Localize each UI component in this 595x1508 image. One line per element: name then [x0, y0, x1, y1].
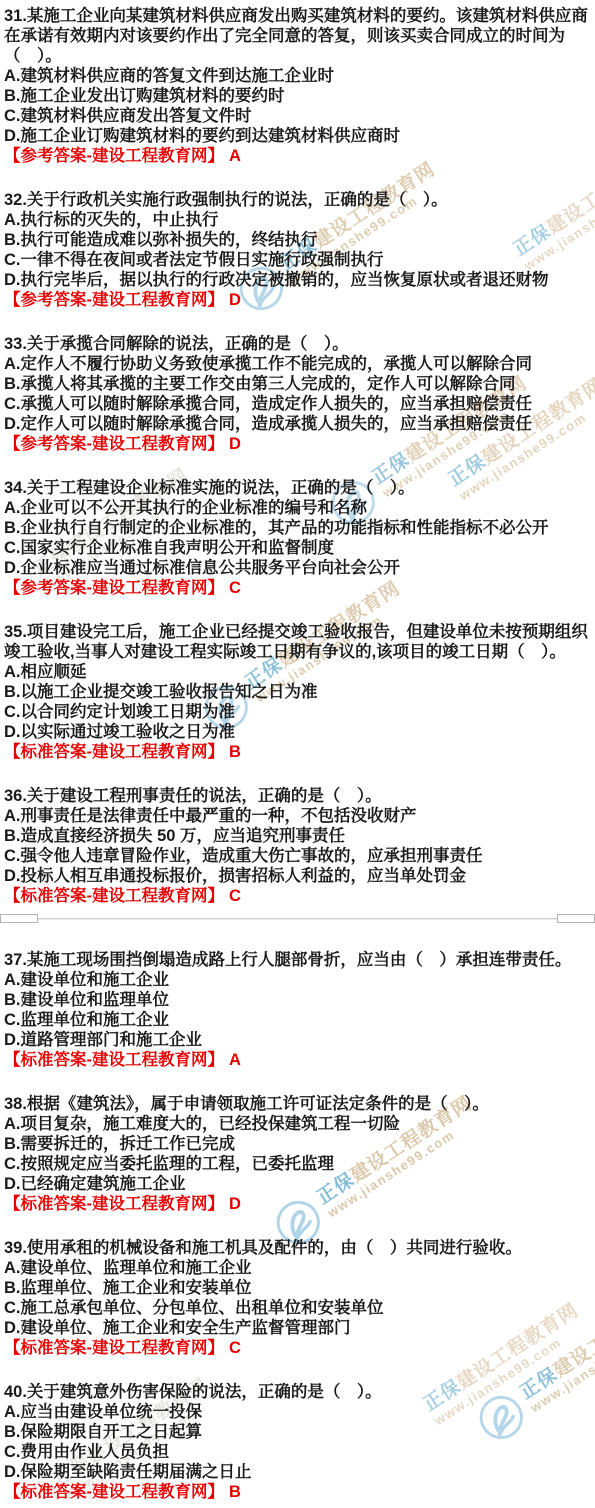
- option-c: C.承揽人可以随时解除承揽合同，造成定作人损失的，应当承担赔偿责任: [4, 394, 592, 414]
- answer-letter: C: [229, 579, 241, 597]
- option-d: D.定作人可以随时解除承揽合同，造成承揽人损失的，应当承担赔偿责任: [4, 414, 592, 434]
- option-a: A.相应顺延: [4, 662, 592, 682]
- option-c: C.费用由作业人员负担: [4, 1442, 592, 1462]
- answer-line: 【参考答案-建设工程教育网】A: [4, 146, 592, 166]
- option-c: C.以合同约定计划竣工日期为准: [4, 702, 592, 722]
- question-block: 31.某施工企业向某建筑材料供应商发出购买建筑材料的要约。该建筑材料供应商在承诺…: [4, 6, 592, 166]
- option-b: B.承揽人将其承揽的主要工作交由第三人完成的，定作人可以解除合同: [4, 374, 592, 394]
- option-c: C.监理单位和施工企业: [4, 1010, 592, 1030]
- question-stem: 34.关于工程建设企业标准实施的说法，正确的是（ ）。: [4, 478, 592, 498]
- option-d: D.以实际通过竣工验收之日为准: [4, 722, 592, 742]
- answer-letter: C: [229, 887, 241, 905]
- option-b: B.建设单位和监理单位: [4, 990, 592, 1010]
- question-block: 33.关于承揽合同解除的说法，正确的是（ ）。 A.定作人不履行协助义务致使承揽…: [4, 334, 592, 454]
- option-c: C.一律不得在夜间或者法定节假日实施行政强制执行: [4, 250, 592, 270]
- question-stem: 35.项目建设完工后，施工企业已经提交竣工验收报告，但建设单位未按预期组织竣工验…: [4, 622, 592, 662]
- option-d: D.执行完毕后，据以执行的行政决定被撤销的，应当恢复原状或者退还财物: [4, 270, 592, 290]
- answer-line: 【参考答案-建设工程教育网】C: [4, 578, 592, 598]
- answer-letter: D: [229, 291, 241, 309]
- answer-source-label: 【标准答案-建设工程教育网】: [4, 1483, 224, 1501]
- answer-line: 【标准答案-建设工程教育网】A: [4, 1050, 592, 1070]
- question-stem: 33.关于承揽合同解除的说法，正确的是（ ）。: [4, 334, 592, 354]
- option-a: A.刑事责任是法律责任中最严重的一种，不包括没收财产: [4, 806, 592, 826]
- answer-source-label: 【参考答案-建设工程教育网】: [4, 435, 224, 453]
- question-list: 31.某施工企业向某建筑材料供应商发出购买建筑材料的要约。该建筑材料供应商在承诺…: [0, 0, 595, 1502]
- answer-line: 【参考答案-建设工程教育网】D: [4, 290, 592, 310]
- question-stem: 38.根据《建筑法》，属于申请领取施工许可证法定条件的是（ ）。: [4, 1094, 592, 1114]
- option-a: A.建设单位和施工企业: [4, 970, 592, 990]
- option-d: D.建设单位、施工企业和安全生产监督管理部门: [4, 1318, 592, 1338]
- question-block: 34.关于工程建设企业标准实施的说法，正确的是（ ）。 A.企业可以不公开其执行…: [4, 478, 592, 598]
- answer-letter: B: [229, 743, 241, 761]
- question-block: 40.关于建筑意外伤害保险的说法，正确的是（ ）。 A.应当由建设单位统一投保 …: [4, 1382, 592, 1502]
- option-b: B.保险期限自开工之日起算: [4, 1422, 592, 1442]
- option-b: B.以施工企业提交竣工验收报告知之日为准: [4, 682, 592, 702]
- page-boundary-divider: [0, 914, 595, 924]
- question-block: 37.某施工现场围挡倒塌造成路上行人腿部骨折，应当由（ ）承担连带责任。 A.建…: [4, 950, 592, 1070]
- question-block: 36.关于建设工程刑事责任的说法，正确的是（ ）。 A.刑事责任是法律责任中最严…: [4, 786, 592, 906]
- option-a: A.企业可以不公开其执行的企业标准的编号和名称: [4, 498, 592, 518]
- option-d: D.已经确定建筑施工企业: [4, 1174, 592, 1194]
- page-boundary-left-marker: [0, 914, 38, 923]
- answer-letter: B: [229, 1483, 241, 1501]
- option-b: B.监理单位、施工企业和安装单位: [4, 1278, 592, 1298]
- question-block: 39.使用承租的机械设备和施工机具及配件的，由（ ）共同进行验收。 A.建设单位…: [4, 1238, 592, 1358]
- question-stem: 40.关于建筑意外伤害保险的说法，正确的是（ ）。: [4, 1382, 592, 1402]
- option-c: C.按照规定应当委托监理的工程，已委托监理: [4, 1154, 592, 1174]
- answer-source-label: 【标准答案-建设工程教育网】: [4, 1051, 224, 1069]
- question-block: 32.关于行政机关实施行政强制执行的说法，正确的是（ ）。 A.执行标的灭失的，…: [4, 190, 592, 310]
- option-b: B.执行可能造成难以弥补损失的，终结执行: [4, 230, 592, 250]
- answer-letter: D: [229, 1195, 241, 1213]
- option-c: C.施工总承包单位、分包单位、出租单位和安装单位: [4, 1298, 592, 1318]
- answer-letter: C: [229, 1339, 241, 1357]
- answer-source-label: 【参考答案-建设工程教育网】: [4, 291, 224, 309]
- option-a: A.项目复杂，施工难度大的，已经投保建筑工程一切险: [4, 1114, 592, 1134]
- option-a: A.应当由建设单位统一投保: [4, 1402, 592, 1422]
- exam-document-page: 正保建设工程教育网 www.jianshe99.com 正保建设工程教育网 ww…: [0, 0, 595, 1508]
- option-b: B.需要拆迁的，拆迁工作已完成: [4, 1134, 592, 1154]
- option-c: C.建筑材料供应商发出答复文件时: [4, 106, 592, 126]
- question-block: 35.项目建设完工后，施工企业已经提交竣工验收报告，但建设单位未按预期组织竣工验…: [4, 622, 592, 762]
- option-b: B.造成直接经济损失 50 万，应当追究刑事责任: [4, 826, 592, 846]
- question-stem: 31.某施工企业向某建筑材料供应商发出购买建筑材料的要约。该建筑材料供应商在承诺…: [4, 6, 592, 66]
- option-d: D.企业标准应当通过标准信息公共服务平台向社会公开: [4, 558, 592, 578]
- option-d: D.道路管理部门和施工企业: [4, 1030, 592, 1050]
- answer-line: 【参考答案-建设工程教育网】D: [4, 434, 592, 454]
- answer-letter: A: [229, 147, 241, 165]
- answer-line: 【标准答案-建设工程教育网】D: [4, 1194, 592, 1214]
- option-c: C.国家实行企业标准自我声明公开和监督制度: [4, 538, 592, 558]
- answer-source-label: 【参考答案-建设工程教育网】: [4, 147, 224, 165]
- option-b: B.企业执行自行制定的企业标准的，其产品的功能指标和性能指标不必公开: [4, 518, 592, 538]
- answer-source-label: 【标准答案-建设工程教育网】: [4, 743, 224, 761]
- option-a: A.定作人不履行协助义务致使承揽工作不能完成的，承揽人可以解除合同: [4, 354, 592, 374]
- question-block: 38.根据《建筑法》，属于申请领取施工许可证法定条件的是（ ）。 A.项目复杂，…: [4, 1094, 592, 1214]
- answer-line: 【标准答案-建设工程教育网】B: [4, 742, 592, 762]
- option-d: D.投标人相互串通投标报价，损害招标人利益的，应当单处罚金: [4, 866, 592, 886]
- option-d: D.施工企业订购建筑材料的要约到达建筑材料供应商时: [4, 126, 592, 146]
- question-stem: 36.关于建设工程刑事责任的说法，正确的是（ ）。: [4, 786, 592, 806]
- answer-line: 【标准答案-建设工程教育网】C: [4, 1338, 592, 1358]
- page-boundary-line: [0, 918, 595, 919]
- answer-source-label: 【标准答案-建设工程教育网】: [4, 887, 224, 905]
- page-boundary-right-marker: [557, 914, 595, 923]
- answer-source-label: 【参考答案-建设工程教育网】: [4, 579, 224, 597]
- option-a: A.执行标的灭失的，中止执行: [4, 210, 592, 230]
- question-stem: 37.某施工现场围挡倒塌造成路上行人腿部骨折，应当由（ ）承担连带责任。: [4, 950, 592, 970]
- answer-letter: A: [229, 1051, 241, 1069]
- question-stem: 32.关于行政机关实施行政强制执行的说法，正确的是（ ）。: [4, 190, 592, 210]
- option-c: C.强令他人违章冒险作业，造成重大伤亡事故的，应承担刑事责任: [4, 846, 592, 866]
- option-a: A.建设单位、监理单位和施工企业: [4, 1258, 592, 1278]
- answer-line: 【标准答案-建设工程教育网】B: [4, 1482, 592, 1502]
- answer-letter: D: [229, 435, 241, 453]
- answer-line: 【标准答案-建设工程教育网】C: [4, 886, 592, 906]
- answer-source-label: 【标准答案-建设工程教育网】: [4, 1339, 224, 1357]
- option-a: A.建筑材料供应商的答复文件到达施工企业时: [4, 66, 592, 86]
- answer-source-label: 【标准答案-建设工程教育网】: [4, 1195, 224, 1213]
- option-b: B.施工企业发出订购建筑材料的要约时: [4, 86, 592, 106]
- question-stem: 39.使用承租的机械设备和施工机具及配件的，由（ ）共同进行验收。: [4, 1238, 592, 1258]
- option-d: D.保险期至缺陷责任期届满之日止: [4, 1462, 592, 1482]
